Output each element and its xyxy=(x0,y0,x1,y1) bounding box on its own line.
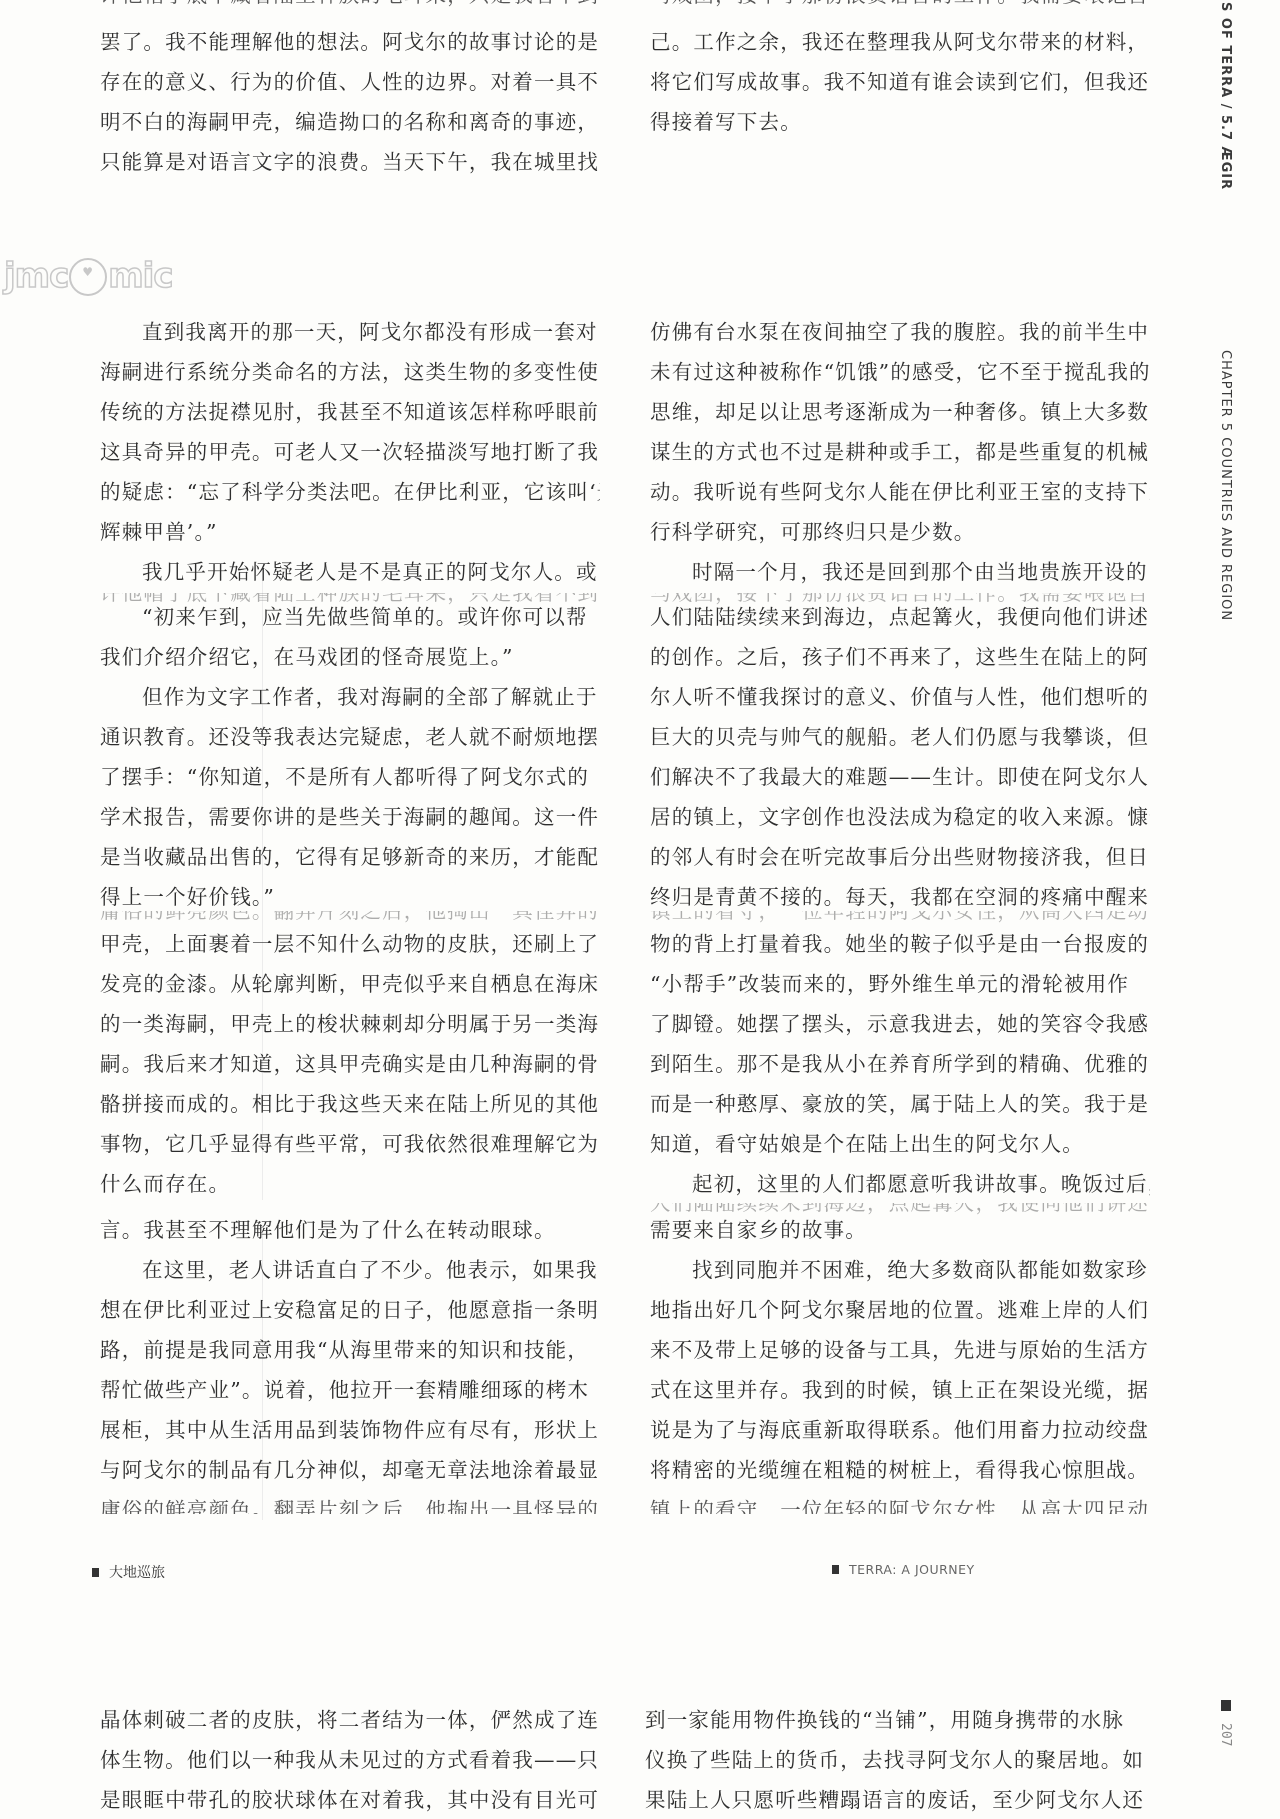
paragraph-line: 明不白的海嗣甲壳，编造拗口的名称和离奇的事迹， xyxy=(100,102,600,142)
square-bullet-icon xyxy=(92,1568,99,1577)
paragraph-line: 了脚镫。她摆了摆头，示意我进去，她的笑容令我感 xyxy=(650,1004,1150,1044)
paragraph-line: 是当收藏品出售的，它得有足够新奇的来历，才能配 xyxy=(100,837,600,877)
paragraph-line: 学术报告，需要你讲的是些关于海嗣的趣闻。这一件 xyxy=(100,797,600,837)
paragraph-line: 到一家能用物件换钱的“当铺”，用随身携带的水脉 xyxy=(645,1700,1145,1740)
watermark-mascot-icon xyxy=(69,258,107,296)
square-bullet-icon xyxy=(1221,1700,1231,1711)
text-fragment-3-left: “初来乍到，应当先做些简单的。或许你可以帮 我们介绍介绍它，在马戏团的怪奇展览上… xyxy=(100,597,600,917)
paragraph-line-cut: 镇上的看守，一位年轻的阿戈尔女性，从高大四足动 xyxy=(650,1490,1150,1514)
text-fragment-1-left: 许他帽子底下藏着陆上种族的毛耳朵，只是我看不到 罢了。我不能理解他的想法。阿戈尔… xyxy=(100,0,600,182)
watermark-logo: jmc mic xyxy=(4,256,173,296)
paragraph-line: 仿佛有台水泵在夜间抽空了我的腹腔。我的前半生中从 xyxy=(650,312,1150,352)
paragraph-line: 思维，却足以让思考逐渐成为一种奢侈。镇上大多数人 xyxy=(650,392,1150,432)
side-label-chapter: CHAPTER 5 COUNTRIES AND REGION xyxy=(1218,350,1233,621)
paragraph-line: 未有过这种被称作“饥饿”的感受，它不至于搅乱我的 xyxy=(650,352,1150,392)
paragraph-line: 仪换了些陆上的货币，去找寻阿戈尔人的聚居地。如 xyxy=(645,1740,1145,1780)
paragraph-line: 骼拼接而成的。相比于我这些天来在陆上所见的其他 xyxy=(100,1084,600,1124)
paragraph-line: 地指出好几个阿戈尔聚居地的位置。逃难上岸的人们 xyxy=(650,1290,1150,1330)
paragraph-line: 与阿戈尔的制品有几分神似，却毫无章法地涂着最显 xyxy=(100,1450,600,1490)
paragraph-line: 帮忙做些产业”。说着，他拉开一套精雕细琢的栲木 xyxy=(100,1370,600,1410)
watermark-text-right: mic xyxy=(108,256,172,296)
paragraph-line: 巨大的贝壳与帅气的舰船。老人们仍愿与我攀谈，但他 xyxy=(650,717,1150,757)
text-fragment-6-right: 到一家能用物件换钱的“当铺”，用随身携带的水脉 仪换了些陆上的货币，去找寻阿戈尔… xyxy=(645,1700,1145,1819)
paragraph-line: 行科学研究，可那终归只是少数。 xyxy=(650,512,1150,552)
paragraph-line-cut: 庸俗的鲜亮颜色。翻弄片刻之后，他掏出一具怪异的 xyxy=(100,1490,600,1514)
footer-left-label: 大地巡旅 xyxy=(109,1562,165,1582)
paragraph-line: 将精密的光缆缠在粗糙的树桩上，看得我心惊胆战。 xyxy=(650,1450,1150,1490)
paragraph-line: 是眼眶中带孔的胶状球体在对着我，其中没有目光可 xyxy=(100,1780,600,1819)
paragraph-line: 需要来自家乡的故事。 xyxy=(650,1210,1150,1250)
paragraph-line: 体生物。他们以一种我从未见过的方式看着我——只 xyxy=(100,1740,600,1780)
paragraph-line: 只能算是对语言文字的浪费。当天下午，我在城里找 xyxy=(100,142,600,182)
paragraph-line: 什么而存在。 xyxy=(100,1164,600,1204)
text-fragment-2-right: 仿佛有台水泵在夜间抽空了我的腹腔。我的前半生中从 未有过这种被称作“饥饿”的感受… xyxy=(650,312,1150,592)
paragraph-line: 将它们写成故事。我不知道有谁会读到它们，但我还 xyxy=(650,62,1150,102)
paragraph-line: 尔人听不懂我探讨的意义、价值与人性，他们想听的是 xyxy=(650,677,1150,717)
side-label-section: S OF TERRA / 5.7 ÆGIR xyxy=(1218,2,1233,190)
paragraph-line: 了摆手：“你知道，不是所有人都听得了阿戈尔式的 xyxy=(100,757,600,797)
text-fragment-6-left: 晶体刺破二者的皮肤，将二者结为一体，俨然成了连 体生物。他们以一种我从未见过的方… xyxy=(100,1700,600,1819)
paragraph-line: 的疑虑：“忘了科学分类法吧。在伊比利亚，它该叫‘光 xyxy=(100,472,600,512)
paragraph-line: 起初，这里的人们都愿意听我讲故事。晚饭过后， xyxy=(650,1164,1150,1204)
paragraph-line: 但作为文字工作者，我对海嗣的全部了解就止于 xyxy=(100,677,600,717)
page-number: 207 xyxy=(1218,1723,1233,1746)
paragraph-line-cut: 马戏团，接下了那份浪费语言的工作。我需要喂饱自 xyxy=(650,0,1150,22)
paragraph-line: 事物，它几乎显得有些平常，可我依然很难理解它为 xyxy=(100,1124,600,1164)
paragraph-line: 的邻人有时会在听完故事后分出些财物接济我，但日子 xyxy=(650,837,1150,877)
running-footer-left: 大地巡旅 xyxy=(92,1562,165,1582)
paragraph-line: 说是为了与海底重新取得联系。他们用畜力拉动绞盘， xyxy=(650,1410,1150,1450)
paragraph-line: 展柜，其中从生活用品到装饰物件应有尽有，形状上 xyxy=(100,1410,600,1450)
paragraph-line: 找到同胞并不困难，绝大多数商队都能如数家珍 xyxy=(650,1250,1150,1290)
paragraph-line: 想在伊比利亚过上安稳富足的日子，他愿意指一条明 xyxy=(100,1290,600,1330)
paragraph-line: 发亮的金漆。从轮廓判断，甲壳似乎来自栖息在海床 xyxy=(100,964,600,1004)
paragraph-line: 人们陆陆续续来到海边，点起篝火，我便向他们讲述我 xyxy=(650,597,1150,637)
paragraph-line: 的一类海嗣，甲壳上的梭状棘刺却分明属于另一类海 xyxy=(100,1004,600,1044)
paragraph-line: 己。工作之余，我还在整理我从阿戈尔带来的材料， xyxy=(650,22,1150,62)
running-footer-right: TERRA: A JOURNEY xyxy=(832,1562,975,1577)
watermark-text-left: jmc xyxy=(4,256,68,296)
text-fragment-5-right: 需要来自家乡的故事。 找到同胞并不困难，绝大多数商队都能如数家珍 地指出好几个阿… xyxy=(650,1210,1150,1514)
paragraph-line: 时隔一个月，我还是回到那个由当地贵族开设的 xyxy=(650,552,1150,592)
paragraph-line: 直到我离开的那一天，阿戈尔都没有形成一套对 xyxy=(100,312,600,352)
paragraph-line: “初来乍到，应当先做些简单的。或许你可以帮 xyxy=(100,597,600,637)
paragraph-line: 知道，看守姑娘是个在陆上出生的阿戈尔人。 xyxy=(650,1124,1150,1164)
paragraph-line: 言。我甚至不理解他们是为了什么在转动眼球。 xyxy=(100,1210,600,1250)
text-fragment-1-right: 马戏团，接下了那份浪费语言的工作。我需要喂饱自 己。工作之余，我还在整理我从阿戈… xyxy=(650,0,1150,142)
paragraph-line: 的创作。之后，孩子们不再来了，这些生在陆上的阿戈 xyxy=(650,637,1150,677)
page-number-marker: 207 xyxy=(1218,1700,1233,1746)
text-fragment-5-left: 言。我甚至不理解他们是为了什么在转动眼球。 在这里，老人讲话直白了不少。他表示，… xyxy=(100,1210,600,1514)
paragraph-line: 居的镇上，文字创作也没法成为稳定的收入来源。慷慨 xyxy=(650,797,1150,837)
paragraph-line: 辉棘甲兽’。” xyxy=(100,512,600,552)
paragraph-line: 们解决不了我最大的难题——生计。即使在阿戈尔人聚 xyxy=(650,757,1150,797)
paragraph-line: 我几乎开始怀疑老人是不是真正的阿戈尔人。或 xyxy=(100,552,600,592)
paragraph-line: 这具奇异的甲壳。可老人又一次轻描淡写地打断了我 xyxy=(100,432,600,472)
paragraph-line-cut: 许他帽子底下藏着陆上种族的毛耳朵，只是我看不到 xyxy=(100,0,600,22)
text-fragment-4-left: 甲壳，上面裹着一层不知什么动物的皮肤，还刷上了 发亮的金漆。从轮廓判断，甲壳似乎… xyxy=(100,924,600,1204)
paragraph-line: “小帮手”改装而来的，野外维生单元的滑轮被用作 xyxy=(650,964,1150,1004)
paragraph-line: 得接着写下去。 xyxy=(650,102,1150,142)
paragraph-line: 我们介绍介绍它，在马戏团的怪奇展览上。” xyxy=(100,637,600,677)
paragraph-line: 罢了。我不能理解他的想法。阿戈尔的故事讨论的是 xyxy=(100,22,600,62)
paragraph-line: 谋生的方式也不过是耕种或手工，都是些重复的机械劳 xyxy=(650,432,1150,472)
paragraph-line: 动。我听说有些阿戈尔人能在伊比利亚王室的支持下进 xyxy=(650,472,1150,512)
text-fragment-3-right: 人们陆陆续续来到海边，点起篝火，我便向他们讲述我 的创作。之后，孩子们不再来了，… xyxy=(650,597,1150,917)
paragraph-line: 来不及带上足够的设备与工具，先进与原始的生活方 xyxy=(650,1330,1150,1370)
paragraph-line: 物的背上打量着我。她坐的鞍子似乎是由一台报废的 xyxy=(650,924,1150,964)
paragraph-line: 而是一种憨厚、豪放的笑，属于陆上人的笑。我于是 xyxy=(650,1084,1150,1124)
paragraph-line: 果陆上人只愿听些糟蹋语言的废话，至少阿戈尔人还 xyxy=(645,1780,1145,1819)
paragraph-line: 晶体刺破二者的皮肤，将二者结为一体，俨然成了连 xyxy=(100,1700,600,1740)
paragraph-line: 式在这里并存。我到的时候，镇上正在架设光缆，据 xyxy=(650,1370,1150,1410)
paragraph-line: 甲壳，上面裹着一层不知什么动物的皮肤，还刷上了 xyxy=(100,924,600,964)
paragraph-line: 在这里，老人讲话直白了不少。他表示，如果我 xyxy=(100,1250,600,1290)
footer-right-label: TERRA: A JOURNEY xyxy=(849,1562,975,1577)
paragraph-line: 嗣。我后来才知道，这具甲壳确实是由几种海嗣的骨 xyxy=(100,1044,600,1084)
text-fragment-4-right: 物的背上打量着我。她坐的鞍子似乎是由一台报废的 “小帮手”改装而来的，野外维生单… xyxy=(650,924,1150,1204)
paragraph-line: 到陌生。那不是我从小在养育所学到的精确、优雅的笑， xyxy=(650,1044,1150,1084)
paragraph-line: 路，前提是我同意用我“从海里带来的知识和技能， xyxy=(100,1330,600,1370)
paragraph-line: 存在的意义、行为的价值、人性的边界。对着一具不 xyxy=(100,62,600,102)
text-fragment-2-left: 直到我离开的那一天，阿戈尔都没有形成一套对 海嗣进行系统分类命名的方法，这类生物… xyxy=(100,312,600,592)
paragraph-line: 海嗣进行系统分类命名的方法，这类生物的多变性使 xyxy=(100,352,600,392)
paragraph-line: 通识教育。还没等我表达完疑虑，老人就不耐烦地摆 xyxy=(100,717,600,757)
paragraph-line: 传统的方法捉襟见肘，我甚至不知道该怎样称呼眼前 xyxy=(100,392,600,432)
square-bullet-icon xyxy=(832,1565,839,1574)
